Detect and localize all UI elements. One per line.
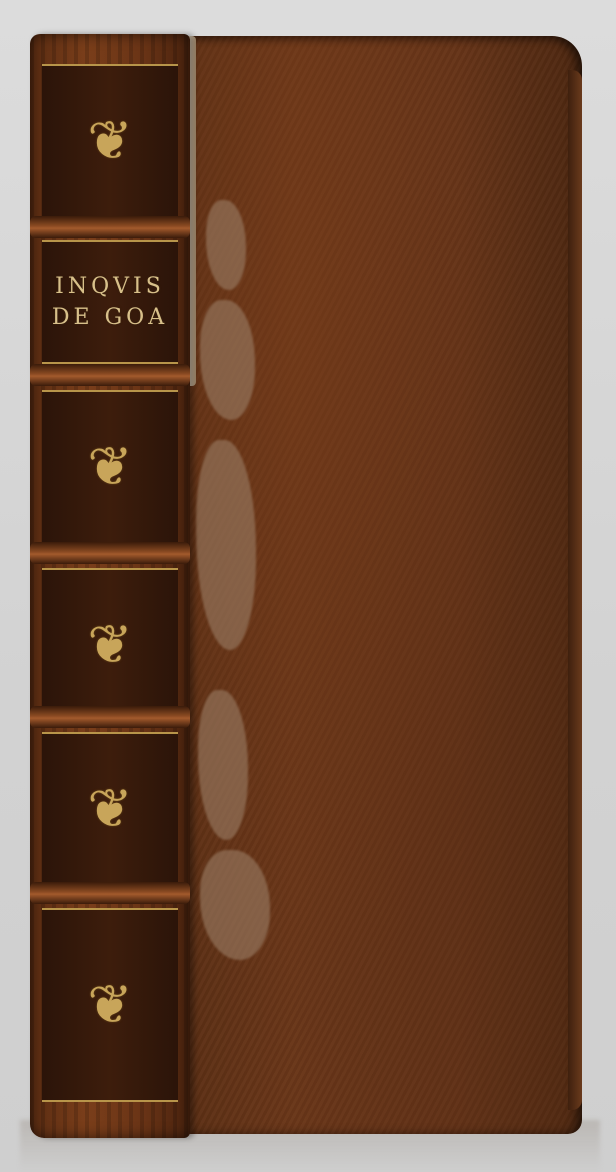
raised-band bbox=[30, 706, 190, 728]
book-spine: ❦ INQVIS DE GOA ❦ ❦ ❦ ❦ bbox=[30, 34, 190, 1138]
fleuron-icon: ❦ bbox=[87, 114, 132, 168]
fore-edge bbox=[568, 70, 582, 1110]
title-label: INQVIS DE GOA bbox=[42, 240, 178, 364]
fleuron-icon: ❦ bbox=[87, 978, 132, 1032]
title-line-2: DE GOA bbox=[52, 305, 168, 330]
fleuron-icon: ❦ bbox=[87, 618, 132, 672]
raised-band bbox=[30, 216, 190, 238]
spine-compartment: ❦ bbox=[42, 390, 178, 544]
title-line-1: INQVIS bbox=[55, 274, 165, 299]
fleuron-icon: ❦ bbox=[87, 782, 132, 836]
raised-band bbox=[30, 364, 190, 386]
spine-compartment: ❦ bbox=[42, 568, 178, 722]
spine-compartment: ❦ bbox=[42, 908, 178, 1102]
fleuron-icon: ❦ bbox=[87, 440, 132, 494]
raised-band bbox=[30, 542, 190, 564]
spine-compartment: ❦ bbox=[42, 64, 178, 218]
raised-band bbox=[30, 882, 190, 904]
spine-compartment: ❦ bbox=[42, 732, 178, 886]
